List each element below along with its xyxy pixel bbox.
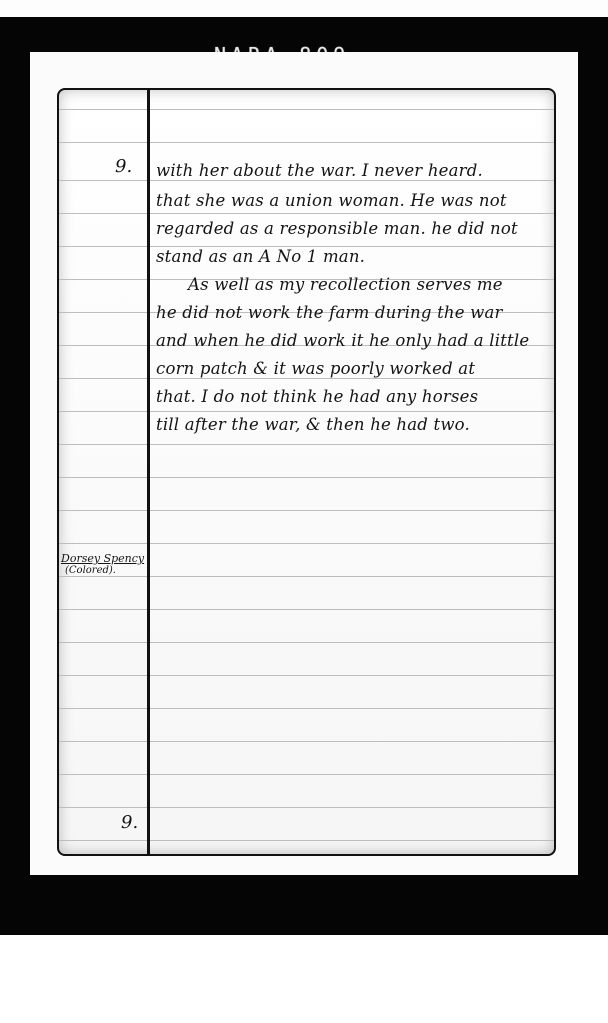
viewer-top-band [0,0,608,18]
text-line [156,418,548,448]
margin-deponent: Dorsey Spency (Colored). [61,552,145,576]
text-line: stand as an A No 1 man. [156,242,548,272]
deponent-note: (Colored). [61,565,145,576]
text-line: he did not work the farm during the war [156,298,548,328]
ledger-page: 9. Dorsey Spency (Colored). 9. with her … [57,88,556,856]
text-line: corn patch & it was poorly worked at [156,354,548,384]
text-line: As well as my recollection serves me [156,270,548,300]
margin-rule [147,90,150,854]
text-line: and when he did work it he only had a li… [156,326,548,356]
deponent-name: Dorsey Spency [61,552,145,565]
text-line: with her about the war. I never heard. [156,156,548,186]
text-line: that. I do not think he had any horses [156,382,548,412]
text-line: that she was a union woman. He was not [156,186,548,216]
margin-page-number-bottom: 9. [121,812,205,833]
text-line: regarded as a responsible man. he did no… [156,214,548,244]
